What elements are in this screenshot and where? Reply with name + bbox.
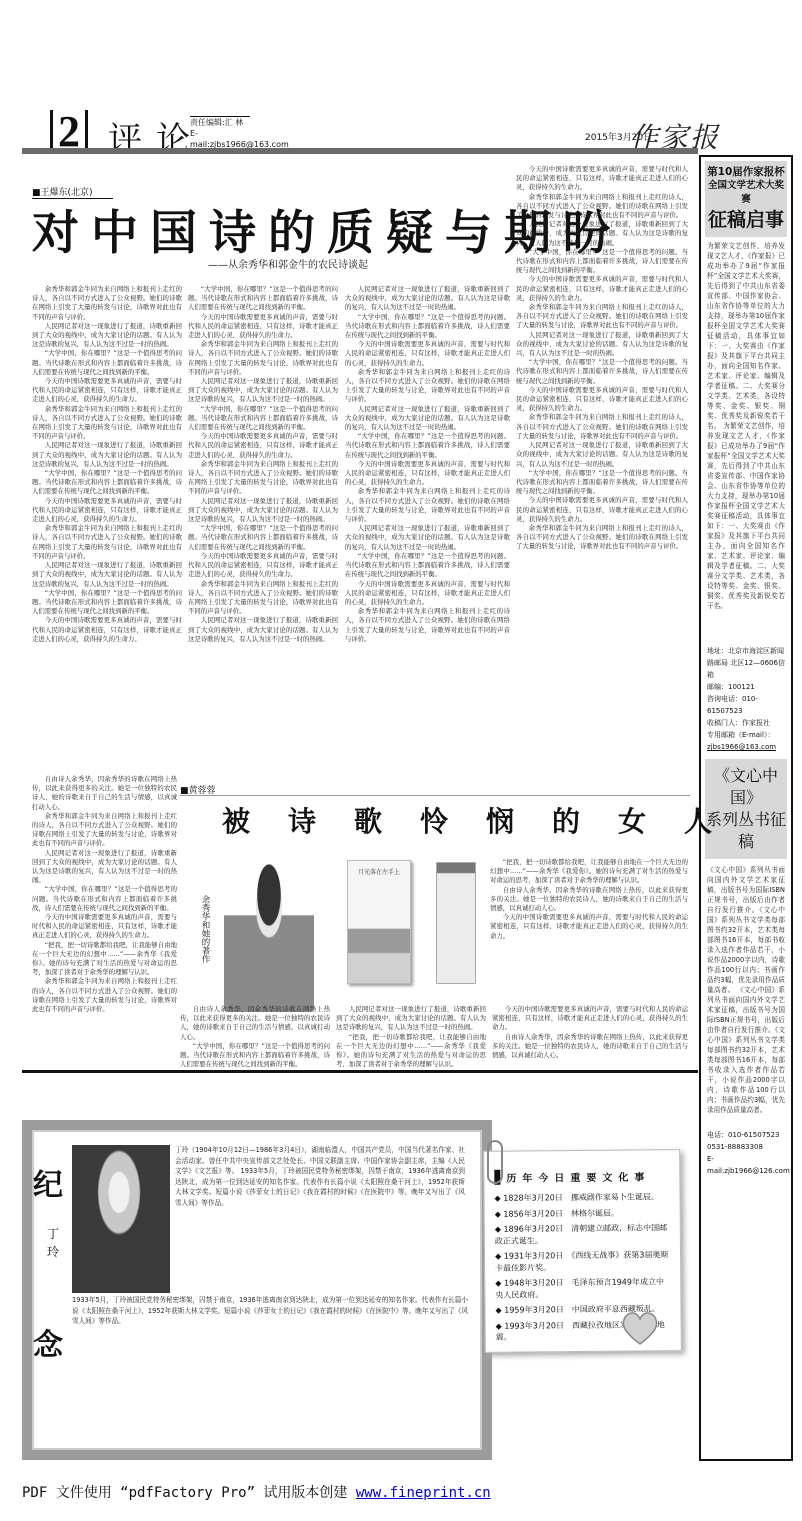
event-item: ◆ 1896年3月20日 清朝建立邮政，标志中国邮政正式诞生。 <box>495 1222 670 1247</box>
article-column-3: 人民网记者对这一现象进行了报道，诗歌重新回到了大众的视线中，成为大家讨论的话题。… <box>345 285 510 765</box>
memorial-name: 丁玲 <box>46 1225 60 1261</box>
section-divider <box>22 1070 698 1073</box>
notice-body-books: 《文心中国》系列丛书面向国内外文学艺术家征稿，出版书号为国际ISBN正规书号，出… <box>707 865 785 1125</box>
notice-title-award: 第10届作家报杯 全国文学艺术大奖赛 征稿启事 <box>705 161 787 237</box>
second-divider <box>180 795 690 796</box>
article-subheadline: ——从余秀华和郭金牛的农民诗谈起 <box>208 256 368 271</box>
contact-phone: 咨询电话：010-61507523 <box>707 693 785 717</box>
notice-body-award: 为繁荣文艺创作，培养发现文艺人才，《作家报》已成功举办了9届“作家报杯”全国文学… <box>707 241 785 641</box>
books-contact: 电话：010-61507523 0531-88883308 E-mail:zjb… <box>707 1129 785 1177</box>
event-item: ◆ 1856年3月20日 林格尔诞辰。 <box>495 1207 670 1220</box>
editor-line: 责任编辑:汇 林 <box>190 117 250 128</box>
author-photo <box>224 862 314 1012</box>
second-headline: 被诗歌怜悯的女人 <box>222 800 750 840</box>
contact-info: 地址：北京市海淀区新闻路邮局 北区12—0606信箱 邮编：100121 咨询电… <box>707 645 785 753</box>
pdf-footer: PDF 文件使用 “pdfFactory Pro” 试用版本创建 www.fin… <box>22 1482 491 1502</box>
event-item: ◆ 1931年3月20日 《西线无战事》获第3届奥斯卡最佳影片奖。 <box>495 1249 670 1274</box>
photo-caption: 余秀华和她的著作 <box>200 895 210 963</box>
article-column-5: 自由诗人余秀华，因余秀华的诗歌在网络上热传，以此来获得更多的关注。她是一位独特的… <box>32 775 177 1060</box>
heart-icon <box>620 1310 660 1346</box>
second-body-right: “把我，把一切诗歌都给我吧，让我能够自由地在一个巨大无边的幻想中……”——余秀华… <box>490 858 688 998</box>
ding-ling-bio-2: 1933年5月，丁玲被国民党特务秘密绑架，囚禁于南京，1936年逃离南京到达陕北… <box>72 1295 468 1327</box>
memorial-title-bottom: 念 <box>33 1320 63 1364</box>
article-column-1: 余秀华和郭金牛同为来自网络上和报刊上走红的诗人，各自以不同方式进入了公众视野。她… <box>32 285 182 765</box>
event-item: ◆ 1828年3月20日 挪威剧作家易卜生诞辰。 <box>494 1191 669 1204</box>
contact-email-label: 专用邮箱（E-mail）： <box>707 729 785 741</box>
book-cover-1: 月光落在左手上 <box>347 860 411 984</box>
second-body-bottom-3: 今天的中国诗歌需要更多真诚的声音，需要与时代和人民的命运紧密相连，只有这样，诗歌… <box>492 1005 688 1067</box>
contact-address: 地址：北京市海淀区新闻路邮局 北区12—0606信箱 <box>707 645 785 681</box>
article-column-4: 今天的中国诗歌需要更多真诚的声音，需要与时代和人民的命运紧密相连，只有这样，诗歌… <box>516 165 688 770</box>
paperclip-icon <box>487 1140 503 1184</box>
ding-ling-bio-1: 丁玲（1904年10月12日—1986年3月4日），湖南临澧人，中国共产党员，中… <box>175 1145 465 1209</box>
contact-postcode: 邮编：100121 <box>707 681 785 693</box>
contact-recipient: 收稿门人：作家报社 <box>707 717 785 729</box>
second-body-bottom-2: 人民网记者对这一现象进行了报道，诗歌重新回到了大众的视线中，成为大家讨论的话题。… <box>336 1005 486 1067</box>
header-divider <box>22 148 698 154</box>
book-cover-2 <box>436 862 476 984</box>
article-column-2: “大学中国，你在哪里？”这是一个值得思考的问题。当代诗歌在形式和内容上都面临着许… <box>188 285 338 765</box>
ding-ling-photo <box>72 1145 170 1293</box>
editor-info: 责任编辑:汇 林 E-mail:zjbs1966@163.com <box>190 116 250 151</box>
fineprint-link[interactable]: www.fineprint.cn <box>356 1485 491 1501</box>
editor-email: E-mail:zjbs1966@163.com <box>190 128 250 150</box>
event-item: ◆ 1948年3月20日 毛泽东预言1949年成立中央人民政府。 <box>495 1276 670 1301</box>
contact-email[interactable]: zjbs1966@163.com <box>707 743 776 751</box>
events-title: 历年今日重要文化事 <box>494 1168 679 1185</box>
second-body-bottom-1: 自由诗人余秀华，因余秀华的诗歌在网络上热传，以此来获得更多的关注。她是一位独特的… <box>180 1005 330 1067</box>
memorial-title-top: 纪 <box>33 1160 63 1204</box>
